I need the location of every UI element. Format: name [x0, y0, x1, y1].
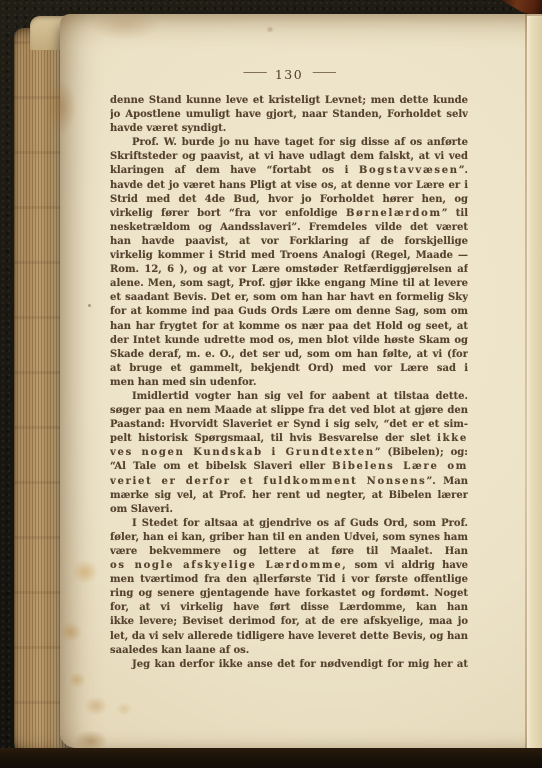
text-line: saaledes kan laane af os.: [110, 644, 468, 658]
text-line: føler, han ei kan, griber han til en and…: [110, 531, 468, 545]
text-line: pelt historisk Spørgsmaal, til hvis Besv…: [110, 432, 468, 446]
text-line: havde det jo været hans Pligt at vise os…: [110, 179, 468, 193]
page-header: —— 130 ——: [110, 64, 468, 84]
text-line: Skade deraf, m. e. O., det ser ud, som o…: [110, 348, 468, 362]
emphasized-text: Bogstavvæsen: [359, 165, 459, 176]
text-line: for at komme ind paa Guds Ords Lære om d…: [110, 305, 468, 319]
text-line: alene. Men, som sagt, Prof. gjør ikke en…: [110, 277, 468, 291]
text-line: Skriftsteder og paavist, at vi have udla…: [110, 150, 468, 164]
page-text: denne Stand kunne leve et kristeligt Lev…: [110, 94, 468, 694]
text-line: Imidlertid vogter han sig vel for aabent…: [110, 390, 468, 404]
text-line: jo Apostlene umuligt have gjort, naar St…: [110, 108, 468, 122]
next-page-edge: [527, 16, 542, 760]
stain: [90, 10, 160, 40]
emphasized-text: ves nogen Kundskab i Grundtexten: [110, 447, 375, 458]
text-line: han har frygtet for at komme os nær paa …: [110, 320, 468, 334]
text-line: ikke levere; Beviset derimod for, at de …: [110, 615, 468, 629]
text-line: han havde paavist, at vor Forklaring af …: [110, 235, 468, 249]
header-rule-left: ——: [243, 68, 266, 78]
stain: [72, 560, 98, 584]
text-line: virkelig fører bort “fra vor enfoldige B…: [110, 207, 468, 221]
text-line: Rom. 12, 6 ), og at vor Lære omstøder Re…: [110, 263, 468, 277]
text-line: at bruge et gammelt, bekjendt Ord) med v…: [110, 362, 468, 376]
table-shadow-band: [0, 748, 542, 768]
text-line: være bekvemmere og lettere at føre til M…: [110, 545, 468, 559]
text-line: Jeg kan derfor ikke anse det for nødvend…: [110, 658, 468, 672]
speck: [88, 304, 91, 307]
text-line: mærke sig vel, at Prof. her rent ud negt…: [110, 489, 468, 503]
text-line: veriet er derfor et fuldkomment Nonsens”…: [110, 475, 468, 489]
text-line: Prof. W. burde jo nu have taget for sig …: [110, 136, 468, 150]
text-line: klaringen af dem have “fortabt os i Bogs…: [110, 164, 468, 178]
text-line: Paastand: Hvorvidt Slaveriet er Synd i s…: [110, 418, 468, 432]
header-rule-right: ——: [312, 68, 335, 78]
stain: [266, 26, 274, 33]
text-line: denne Stand kunne leve et kristeligt Lev…: [110, 94, 468, 108]
text-line: der Intet kunde udrette mod os, men blot…: [110, 334, 468, 348]
text-line: I Stedet for altsaa at gjendrive os af G…: [110, 517, 468, 531]
text-line: men han med sin udenfor.: [110, 376, 468, 390]
text-line: let, da vi selv allerede tidligere have …: [110, 630, 468, 644]
text-line: et saadant Bevis. Det er, som om han har…: [110, 291, 468, 305]
emphasized-text: os nogle afskyelige Lærdomme,: [110, 560, 347, 571]
text-line: havde været syndigt.: [110, 122, 468, 136]
text-line: virkelig kommer i Strid med Troens Analo…: [110, 249, 468, 263]
text-line: søger paa en nem Maade at slippe fra det…: [110, 404, 468, 418]
text-line: nesketrældom og Aandsslaveri”. Fremdeles…: [110, 221, 468, 235]
text-line: om Slaveri.: [110, 503, 468, 517]
text-line: os nogle afskyelige Lærdomme, som vi ald…: [110, 559, 468, 573]
stain: [68, 672, 86, 688]
stain: [84, 696, 108, 716]
stain: [60, 622, 82, 642]
text-line: ves nogen Kundskab i Grundtexten” (Bibel…: [110, 446, 468, 460]
emphasized-text: Børnelærdom: [346, 208, 442, 219]
text-line: ring og senere gjentagende have forkaste…: [110, 587, 468, 601]
emphasized-text: Bibelens Lære om Sla-: [110, 461, 468, 474]
text-line: men tværtimod fra den allerførste Tid i …: [110, 573, 468, 587]
emphasized-text: veriet er derfor et fuldkomment Nonsens: [110, 476, 427, 487]
page-number: 130: [275, 67, 303, 82]
stain: [116, 702, 132, 716]
book-photograph: —— 130 —— denne Stand kunne leve et kris…: [0, 0, 542, 768]
emphasized-text: ikke behø-: [110, 433, 468, 446]
book-page: —— 130 —— denne Stand kunne leve et kris…: [60, 14, 542, 748]
text-line: “Al Tale om et bibelsk Slaveri eller Bib…: [110, 460, 468, 474]
text-line: Strid med det 4de Bud, hvor jo Forholdet…: [110, 193, 468, 207]
text-line: for, at vi virkelig have ført disse Lærd…: [110, 601, 468, 615]
